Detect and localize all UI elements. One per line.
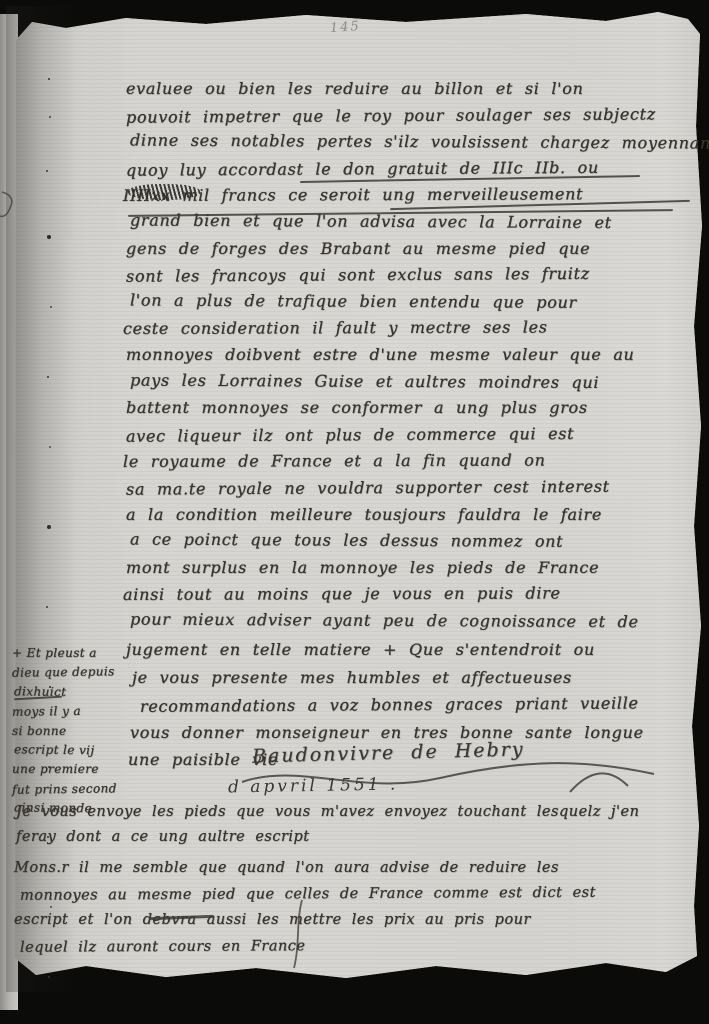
manuscript-line: + Et pleust a bbox=[12, 644, 126, 663]
manuscript-line: feray dont a ce ung aultre escript bbox=[16, 825, 694, 850]
descender-ink-stroke bbox=[288, 898, 312, 972]
manuscript-line: sa ma.te royale ne vouldra supporter ces… bbox=[126, 473, 694, 503]
manuscript-line: une premiere bbox=[12, 760, 126, 779]
postscript-block-2: Mons.r il me semble que quand l'on aura … bbox=[14, 855, 698, 959]
manuscript-line: mont surplus en la monnoye les pieds de … bbox=[126, 555, 694, 582]
manuscript-line: lequel ilz auront cours en France bbox=[20, 931, 704, 961]
main-text-block: evaluee ou bien les reduire au billon et… bbox=[126, 76, 694, 634]
manuscript-line: monnoyes au mesme pied que celles de Fra… bbox=[20, 879, 704, 909]
manuscript-line: si bonne bbox=[12, 722, 126, 741]
manuscript-line: l'on a plus de trafique bien entendu que… bbox=[130, 287, 698, 317]
manuscript-line: sont les francoys qui sont exclus sans l… bbox=[126, 260, 694, 290]
manuscript-scan: 145 evaluee ou bien les reduire au billo… bbox=[0, 0, 709, 1024]
manuscript-line: gens de forges des Brabant au mesme pied… bbox=[126, 236, 694, 263]
margin-annotation: + Et pleust adieu que depuisdixhuictmoys… bbox=[12, 644, 126, 819]
manuscript-line: ceste consideration il fault y mectre se… bbox=[123, 314, 691, 343]
date-line: d apvril 1551 . bbox=[228, 775, 399, 798]
ink-speckles bbox=[48, 78, 50, 80]
postscript-block-1: Je vous envoye les pieds que vous m'avez… bbox=[16, 800, 694, 850]
manuscript-line: dixhuict bbox=[14, 682, 128, 703]
crossed-out-word bbox=[128, 184, 200, 200]
manuscript-line: escript et l'on debvra aussi les mettre … bbox=[14, 907, 698, 933]
manuscript-line: pays les Lorraines Guise et aultres moin… bbox=[130, 367, 698, 397]
manuscript-line: le royaume de France et a la fin quand o… bbox=[123, 447, 691, 476]
manuscript-line: a ce poinct que tous les dessus nommez o… bbox=[130, 527, 698, 557]
manuscript-line: evaluee ou bien les reduire au billon et… bbox=[126, 76, 694, 103]
folio-number: 145 bbox=[330, 19, 362, 36]
manuscript-line: je vous presente mes humbles et affectue… bbox=[132, 664, 694, 692]
manuscript-line: ainsi tout au moins que je vous en puis … bbox=[123, 580, 691, 609]
manuscript-line: fut prins second bbox=[12, 779, 126, 800]
manuscript-line: pour mieux adviser ayant peu de cognoiss… bbox=[130, 606, 698, 636]
manuscript-line: Je vous envoye les pieds que vous m'avez… bbox=[16, 800, 694, 825]
manuscript-line: recommandations a voz bonnes graces pria… bbox=[140, 689, 694, 720]
manuscript-line: a la condition meilleure tousjours fauld… bbox=[126, 502, 694, 529]
manuscript-line: avec liqueur ilz ont plus de commerce qu… bbox=[126, 420, 694, 450]
manuscript-line: jugement en telle matiere + Que s'entend… bbox=[126, 636, 694, 664]
manuscript-line: escript le vij bbox=[14, 740, 128, 761]
manuscript-line: dinne ses notables pertes s'ilz voulsiss… bbox=[130, 128, 698, 158]
stray-ink-mark bbox=[0, 186, 24, 222]
manuscript-line: battent monnoyes se conformer a ung plus… bbox=[126, 395, 694, 422]
manuscript-line: dieu que depuis bbox=[12, 663, 126, 684]
manuscript-line: monnoyes doibvent estre d'une mesme vale… bbox=[126, 342, 694, 369]
manuscript-line: pouvoit impetrer que le roy pour soulage… bbox=[126, 101, 694, 131]
manuscript-line: IIIIxx mil francs ce seroit ung merveill… bbox=[123, 181, 691, 210]
manuscript-line: Mons.r il me semble que quand l'on aura … bbox=[14, 855, 698, 881]
manuscript-line: moys il y a bbox=[12, 701, 126, 722]
